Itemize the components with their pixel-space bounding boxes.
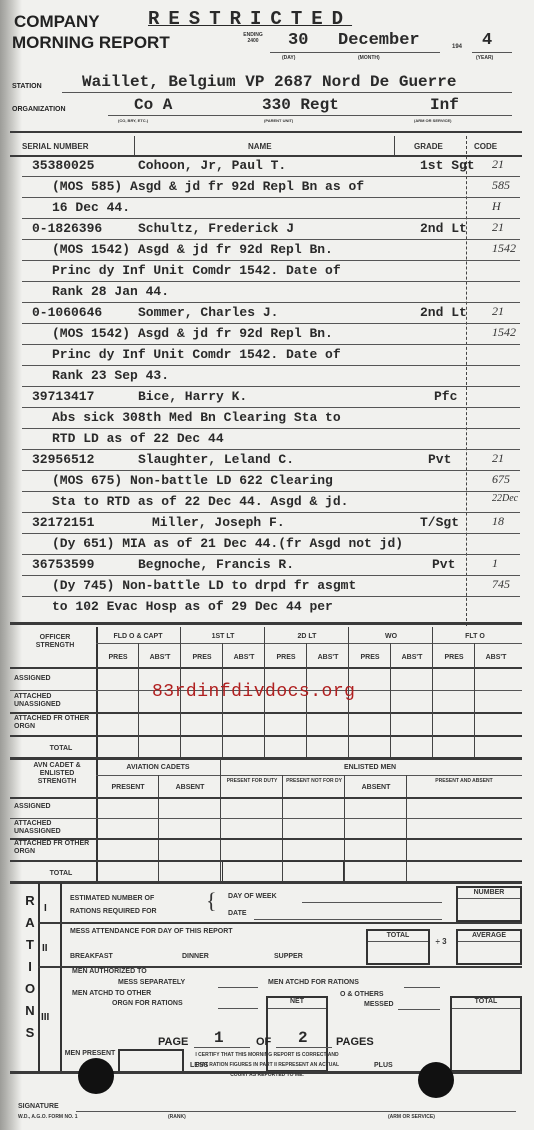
serial-number: 32956512	[32, 452, 94, 467]
grade: T/Sgt	[420, 515, 459, 530]
col-pres: PRES	[98, 654, 138, 661]
station-label: STATION	[12, 83, 42, 90]
remark-text: (Dy 651) MIA as of 21 Dec 44.(fr Asgd no…	[52, 536, 403, 551]
section-ii-numeral: II	[42, 943, 48, 954]
row-attached-unassigned: ATTACHED UNASSIGNED	[14, 820, 94, 836]
entry-row: 0-1826396 Schultz, Frederick J 2nd Lt 21	[22, 220, 526, 239]
mess-total-label: TOTAL	[368, 932, 428, 939]
entry-remark-row: Princ dy Inf Unit Comdr 1542. Date of	[22, 346, 526, 365]
remark-text: to 102 Evac Hosp as of 29 Dec 44 per	[52, 599, 333, 614]
grade: Pfc	[434, 389, 457, 404]
signature-line[interactable]	[76, 1111, 516, 1112]
col-code: CODE	[474, 142, 497, 151]
report-month: December	[338, 31, 420, 50]
code: 1542	[492, 241, 516, 256]
average-label: AVERAGE	[458, 932, 520, 939]
code: H	[492, 199, 501, 214]
rations-estimate-label: ESTIMATED NUMBER OF	[70, 895, 154, 902]
serial-number: 36753599	[32, 557, 94, 572]
entry-remark-row: 16 Dec 44. H	[22, 199, 526, 218]
col-pres: PRES	[182, 654, 222, 661]
o-and-others-label: O & OTHERS	[340, 991, 384, 998]
certify-line-3: COUNT AS REPORTED TO ME.	[140, 1072, 394, 1078]
col-present-not-for-duty: PRESENT NOT FOR DY	[286, 778, 342, 785]
col-present-and-absent: PRESENT AND ABSENT	[410, 778, 518, 785]
remark-text: (MOS 585) Asgd & jd fr 92d Repl Bn as of	[52, 179, 364, 194]
signature-label: SIGNATURE	[18, 1103, 59, 1110]
pages-label: PAGES	[336, 1036, 374, 1048]
page-total: 2	[298, 1029, 308, 1047]
rank-caption: (RANK)	[168, 1114, 186, 1120]
org-parent-caption: (PARENT UNIT)	[264, 118, 293, 123]
code: 585	[492, 178, 510, 193]
breakfast-label: BREAKFAST	[70, 953, 113, 960]
of-label: OF	[256, 1036, 271, 1048]
side-letter: S	[22, 1022, 38, 1044]
certify-line-2: THAT RATION FIGURES IN PART II REPRESENT…	[140, 1062, 394, 1068]
person-name: Bice, Harry K.	[138, 389, 247, 404]
men-present-label: MEN PRESENT	[64, 1050, 116, 1058]
report-year-digit: 4	[482, 31, 492, 50]
mess-separately-label: MESS SEPARATELY	[118, 979, 185, 986]
code: 745	[492, 577, 510, 592]
entry-remark-row: (MOS 675) Non-battle LD 622 Clearing 675	[22, 472, 526, 491]
entry-remark-row: Abs sick 308th Med Bn Clearing Sta to	[22, 409, 526, 428]
remark-text: (MOS 1542) Asgd & jd fr 92d Repl Bn.	[52, 242, 333, 257]
classification-stamp: RESTRICTED	[148, 8, 352, 30]
punch-hole-right	[418, 1062, 454, 1098]
certify-line-1: I CERTIFY THAT THIS MORNING REPORT IS CO…	[140, 1052, 394, 1058]
group-enlisted-men: ENLISTED MEN	[222, 764, 518, 771]
side-letter: N	[22, 1000, 38, 1022]
col-pres: PRES	[266, 654, 306, 661]
officer-group-2d-lt: 2D LT	[266, 633, 348, 640]
col-abst: ABS'T	[476, 654, 516, 661]
row-assigned: ASSIGNED	[14, 675, 94, 682]
serial-number: 0-1826396	[32, 221, 102, 236]
officer-group-wo: WO	[350, 633, 432, 640]
entry-remark-row: (Dy 745) Non-battle LD to drpd fr asgmt …	[22, 577, 526, 596]
col-abst: ABS'T	[308, 654, 348, 661]
watermark: 83rdinfdivdocs.org	[152, 682, 355, 702]
ending-label: ENDING 2400	[238, 32, 268, 44]
col-enlisted-absent: ABSENT	[348, 784, 404, 791]
officer-group-flt-o: FLT O	[434, 633, 516, 640]
station-value: Waillet, Belgium VP 2687 Nord De Guerre	[82, 73, 456, 91]
organization-label: ORGANIZATION	[12, 106, 66, 113]
remark-text: Sta to RTD as of 22 Dec 44. Asgd & jd.	[52, 494, 348, 509]
year-caption: (YEAR)	[476, 55, 493, 61]
entry-remark-row: Rank 28 Jan 44.	[22, 283, 526, 302]
remark-text: 16 Dec 44.	[52, 200, 130, 215]
code: 1542	[492, 325, 516, 340]
entry-remark-row: (MOS 585) Asgd & jd fr 92d Repl Bn as of…	[22, 178, 526, 197]
rations-side-label: R A T I O N S	[22, 890, 38, 1044]
serial-number: 0-1060646	[32, 305, 102, 320]
person-name: Slaughter, Leland C.	[138, 452, 294, 467]
col-pres: PRES	[350, 654, 390, 661]
code: 21	[492, 157, 504, 172]
entry-row: 0-1060646 Sommer, Charles J. 2nd Lt 21	[22, 304, 526, 323]
col-name: NAME	[248, 142, 272, 151]
date-label: DATE	[228, 910, 247, 917]
row-total: TOTAL	[36, 745, 86, 752]
net-label: NET	[268, 998, 326, 1005]
side-letter: O	[22, 978, 38, 1000]
row-total: TOTAL	[36, 870, 86, 877]
men-atchd-other-label: MEN ATCHD TO OTHER	[72, 990, 151, 997]
rations-required-label: RATIONS REQUIRED FOR	[70, 908, 157, 915]
side-letter: I	[22, 956, 38, 978]
entry-row: 35380025 Cohoon, Jr, Paul T. 1st Sgt 21	[22, 157, 526, 176]
entry-remark-row: (MOS 1542) Asgd & jd fr 92d Repl Bn. 154…	[22, 241, 526, 260]
col-serial-number: SERIAL NUMBER	[22, 142, 89, 151]
entry-row: 32956512 Slaughter, Leland C. Pvt 21	[22, 451, 526, 470]
rations-total-label: TOTAL	[452, 998, 520, 1005]
side-letter: A	[22, 912, 38, 934]
code: 21	[492, 220, 504, 235]
remark-text: Princ dy Inf Unit Comdr 1542. Date of	[52, 347, 341, 362]
mess-attendance-title: MESS ATTENDANCE FOR DAY OF THIS REPORT	[70, 928, 233, 935]
org-arm: Inf	[430, 96, 459, 114]
serial-number: 39713417	[32, 389, 94, 404]
month-caption: (MONTH)	[358, 55, 380, 61]
form-title-company: COMPANY	[14, 12, 100, 32]
side-letter: T	[22, 934, 38, 956]
remark-text: Abs sick 308th Med Bn Clearing Sta to	[52, 410, 341, 425]
section-iii-numeral: III	[41, 1012, 49, 1023]
men-atchd-for-rations-label: MEN ATCHD FOR RATIONS	[268, 979, 359, 986]
officer-group-1st-lt: 1ST LT	[182, 633, 264, 640]
person-name: Miller, Joseph F.	[152, 515, 285, 530]
entry-remark-row: Rank 23 Sep 43.	[22, 367, 526, 386]
group-aviation-cadets: AVIATION CADETS	[98, 764, 218, 771]
col-pres: PRES	[434, 654, 474, 661]
grade: Pvt	[432, 557, 455, 572]
year-prefix: 194	[452, 44, 462, 50]
morning-report-page: COMPANY RESTRICTED MORNING REPORT ENDING…	[0, 0, 534, 1130]
grade: 2nd Lt	[420, 221, 467, 236]
entry-row: 39713417 Bice, Harry K. Pfc	[22, 388, 526, 407]
entry-row: 36753599 Begnoche, Francis R. Pvt 1	[22, 556, 526, 575]
men-authorized-label: MEN AUTHORIZED TO	[72, 968, 147, 975]
form-number: W.D., A.G.O. FORM NO. 1	[18, 1114, 78, 1120]
report-day: 30	[288, 31, 308, 50]
grade: Pvt	[428, 452, 451, 467]
person-name: Schultz, Frederick J	[138, 221, 294, 236]
officer-group-fld-o-capt: FLD O & CAPT	[98, 633, 178, 640]
remark-text: Rank 28 Jan 44.	[52, 284, 169, 299]
serial-number: 32172151	[32, 515, 94, 530]
col-abst: ABS'T	[392, 654, 432, 661]
col-grade: GRADE	[414, 142, 443, 151]
entry-remark-row: to 102 Evac Hosp as of 29 Dec 44 per	[22, 598, 526, 617]
form-title-morning-report: MORNING REPORT	[12, 33, 170, 53]
number-label: NUMBER	[458, 889, 520, 896]
org-company-caption: (CO, BRY, ETC.)	[118, 118, 148, 123]
row-assigned: ASSIGNED	[14, 803, 94, 810]
entry-remark-row: (Dy 651) MIA as of 21 Dec 44.(fr Asgd no…	[22, 535, 526, 554]
entry-row: 32172151 Miller, Joseph F. T/Sgt 18	[22, 514, 526, 533]
remark-text: RTD LD as of 22 Dec 44	[52, 431, 224, 446]
punch-hole-left	[78, 1058, 114, 1094]
code: 21	[492, 451, 504, 466]
row-attached-unassigned: ATTACHED UNASSIGNED	[14, 693, 94, 709]
dinner-label: DINNER	[182, 953, 209, 960]
remark-text: (MOS 675) Non-battle LD 622 Clearing	[52, 473, 333, 488]
page-label: PAGE	[158, 1036, 188, 1048]
remark-text: Princ dy Inf Unit Comdr 1542. Date of	[52, 263, 341, 278]
entry-remark-row: Princ dy Inf Unit Comdr 1542. Date of	[22, 262, 526, 281]
grade: 2nd Lt	[420, 305, 467, 320]
entry-remark-row: RTD LD as of 22 Dec 44	[22, 430, 526, 449]
page-number: 1	[214, 1029, 224, 1047]
person-name: Cohoon, Jr, Paul T.	[138, 158, 286, 173]
enlisted-strength-title: AVN CADET & ENLISTED STRENGTH	[20, 762, 94, 786]
remark-text: (Dy 745) Non-battle LD to drpd fr asgmt	[52, 578, 356, 593]
code: 1	[492, 556, 498, 571]
messed-label: MESSED	[364, 1001, 394, 1008]
org-arm-caption: (ARM OR SERVICE)	[414, 118, 451, 123]
col-cadets-absent: ABSENT	[160, 784, 220, 791]
org-company: Co A	[134, 96, 172, 114]
entry-remark-row: (MOS 1542) Asgd & jd fr 92d Repl Bn. 154…	[22, 325, 526, 344]
section-i-numeral: I	[44, 903, 47, 914]
code: 21	[492, 304, 504, 319]
col-cadets-present: PRESENT	[98, 784, 158, 791]
officer-strength-title: OFFICER STRENGTH	[20, 634, 90, 650]
day-caption: (DAY)	[282, 55, 295, 61]
remark-text: (MOS 1542) Asgd & jd fr 92d Repl Bn.	[52, 326, 333, 341]
col-abst: ABS'T	[140, 654, 180, 661]
day-of-week-label: DAY OF WEEK	[228, 893, 277, 900]
remark-text: Rank 23 Sep 43.	[52, 368, 169, 383]
entry-remark-row: Sta to RTD as of 22 Dec 44. Asgd & jd. 2…	[22, 493, 526, 512]
row-attached-other-orgn: ATTACHED FR OTHER ORGN	[14, 715, 94, 731]
serial-number: 35380025	[32, 158, 94, 173]
orgn-for-rations-label: ORGN FOR RATIONS	[112, 1000, 183, 1007]
arm-caption: (ARM OR SERVICE)	[388, 1114, 435, 1120]
code: 18	[492, 514, 504, 529]
person-name: Begnoche, Francis R.	[138, 557, 294, 572]
person-name: Sommer, Charles J.	[138, 305, 278, 320]
code: 22Dec	[492, 493, 518, 504]
side-letter: R	[22, 890, 38, 912]
org-parent-unit: 330 Regt	[262, 96, 339, 114]
code: 675	[492, 472, 510, 487]
col-abst: ABS'T	[224, 654, 264, 661]
supper-label: SUPPER	[274, 953, 303, 960]
col-present-for-duty: PRESENT FOR DUTY	[224, 778, 280, 785]
grade: 1st Sgt	[420, 158, 475, 173]
divide-by-three: ÷ 3	[434, 937, 448, 946]
row-attached-other-orgn: ATTACHED FR OTHER ORGN	[14, 840, 94, 856]
